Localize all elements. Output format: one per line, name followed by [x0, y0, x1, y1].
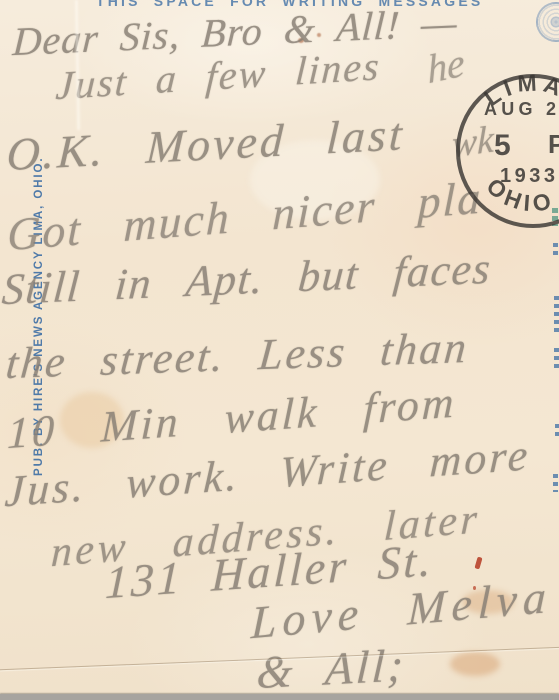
scan-edge: [0, 694, 559, 700]
message-line: the street. Less than: [4, 326, 470, 386]
red-ink-mark: [474, 557, 482, 570]
postmark-stamp: LIMA OHIO AUG 2 5 P 1933: [456, 69, 559, 239]
right-edge-print-fragment: [553, 243, 558, 257]
publisher-seal-icon: [536, 2, 559, 42]
postmark-meridiem: P: [548, 129, 559, 159]
message-line: Still in Apt. but faces: [1, 247, 494, 313]
postmark-year: 1933: [500, 165, 559, 187]
right-edge-print-fragment: [554, 348, 559, 370]
postmark-hour: 5: [494, 129, 511, 162]
postmark-date: AUG 2: [484, 99, 556, 119]
postcard-back: { "header": { "printed_notice": "THIS SP…: [0, 0, 559, 700]
paper-stain: [450, 652, 500, 676]
red-ink-mark: [473, 586, 476, 590]
message-signature-line: & All;: [256, 642, 408, 696]
right-edge-print-fragment: [553, 474, 558, 492]
right-edge-print-fragment: [554, 296, 559, 336]
message-line: Got much nicer pla: [7, 175, 483, 259]
right-edge-print-fragment: [555, 424, 559, 436]
